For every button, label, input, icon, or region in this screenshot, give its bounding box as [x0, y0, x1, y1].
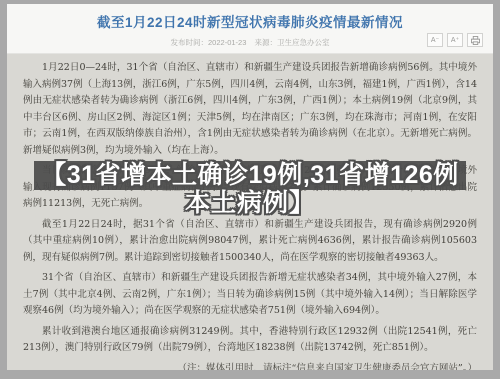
page-title: 截至1月22日24时新型冠状病毒肺炎疫情最新情况	[7, 4, 493, 31]
font-smaller-button[interactable]: A⁻	[427, 33, 443, 47]
article-header: 截至1月22日24时新型冠状病毒肺炎疫情最新情况 发布时间：2022-01-23…	[7, 4, 493, 54]
headline-overlay-line2: 本土病例】	[0, 190, 500, 217]
article-paragraph: 31个省（自治区、直辖市）和新疆生产建设兵团报告新增无症状感染者34例，其中境外…	[23, 270, 477, 320]
page-root: { "page": { "title": "截至1月22日24时新型冠状病毒肺炎…	[0, 0, 500, 379]
article-paragraph: 1月22日0—24时，31个省（自治区、直辖市）和新疆生产建设兵团报告新增确诊病…	[23, 60, 477, 159]
source-label: 来源：卫生应急办公室	[254, 38, 329, 47]
headline-overlay-line1: 【31省增本土确诊19例,31省增126例	[34, 161, 466, 190]
toolbar: A⁻ A⁺	[427, 33, 483, 47]
article-paragraph: 截至1月22日24时，据31个省（自治区、直辖市）和新疆生产建设兵团报告，现有确…	[23, 217, 477, 267]
citation-note: （注：媒体引用时，请标注“信息来自国家卫生健康委员会官方网站”。）	[23, 361, 477, 371]
publish-date: 发布时间：2022-01-23	[171, 38, 247, 47]
printer-icon	[471, 36, 480, 45]
font-larger-button[interactable]: A⁺	[447, 33, 463, 47]
article-paragraph: 累计收到港澳台地区通报确诊病例31249例。其中，香港特别行政区12932例（出…	[23, 324, 477, 357]
headline-overlay: 【31省增本土确诊19例,31省增126例 本土病例】	[0, 161, 500, 217]
article-meta: 发布时间：2022-01-23 来源：卫生应急办公室	[7, 37, 493, 48]
print-button[interactable]	[467, 33, 483, 47]
